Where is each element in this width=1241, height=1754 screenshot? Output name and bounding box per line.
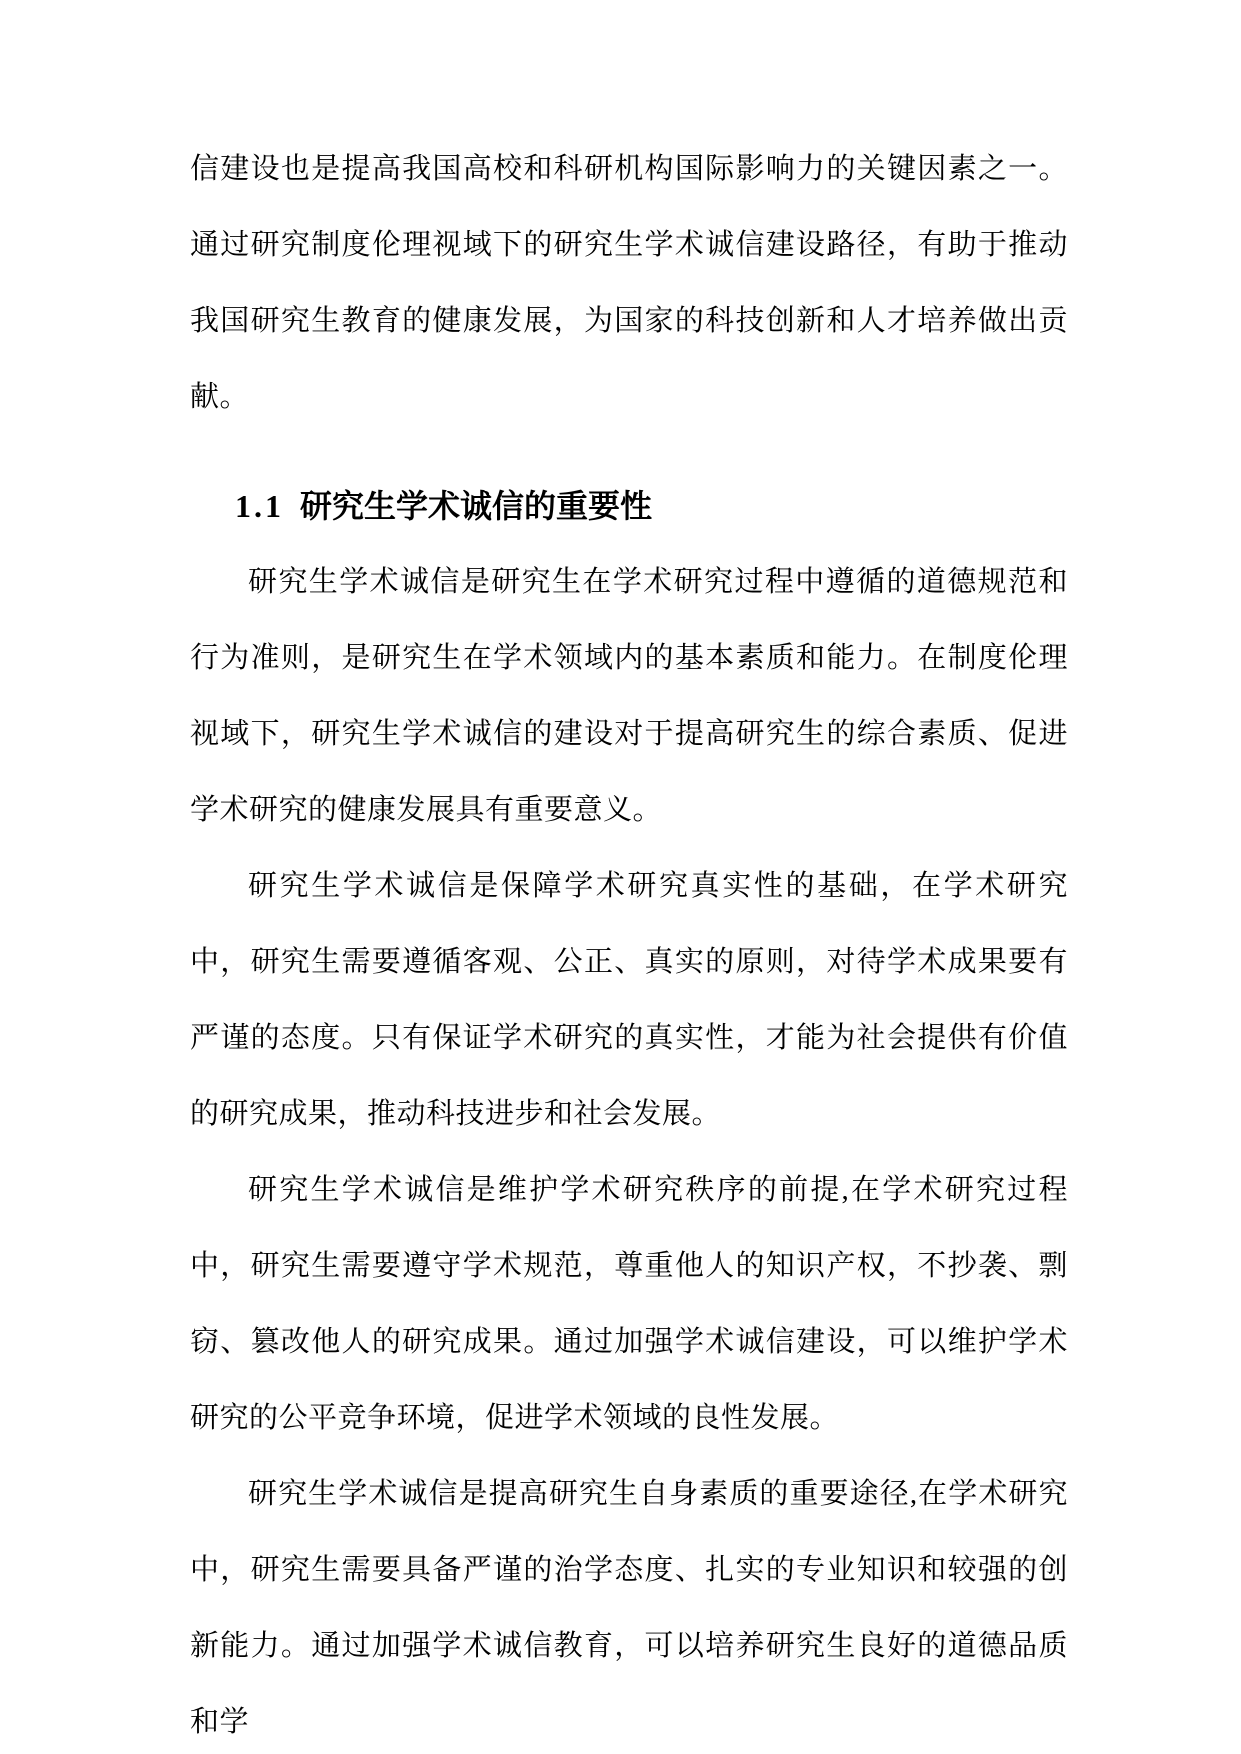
section-heading: 1.1研究生学术诚信的重要性 [190,468,1068,544]
body-paragraph: 研究生学术诚信是保障学术研究真实性的基础，在学术研究中，研究生需要遵循客观、公正… [190,848,1068,1152]
body-paragraph: 研究生学术诚信是提高研究生自身素质的重要途径,在学术研究中，研究生需要具备严谨的… [190,1456,1068,1754]
document-content: 信建设也是提高我国高校和科研机构国际影响力的关键因素之一。通过研究制度伦理视域下… [190,131,1068,1754]
body-paragraph: 研究生学术诚信是研究生在学术研究过程中遵循的道德规范和行为准则，是研究生在学术领… [190,544,1068,848]
body-paragraph: 研究生学术诚信是维护学术研究秩序的前提,在学术研究过程中，研究生需要遵守学术规范… [190,1152,1068,1456]
section-title: 研究生学术诚信的重要性 [300,488,652,524]
section-number: 1.1 [235,488,284,524]
document-page: 信建设也是提高我国高校和科研机构国际影响力的关键因素之一。通过研究制度伦理视域下… [0,0,1241,1754]
paragraph-continuation: 信建设也是提高我国高校和科研机构国际影响力的关键因素之一。通过研究制度伦理视域下… [190,131,1068,435]
